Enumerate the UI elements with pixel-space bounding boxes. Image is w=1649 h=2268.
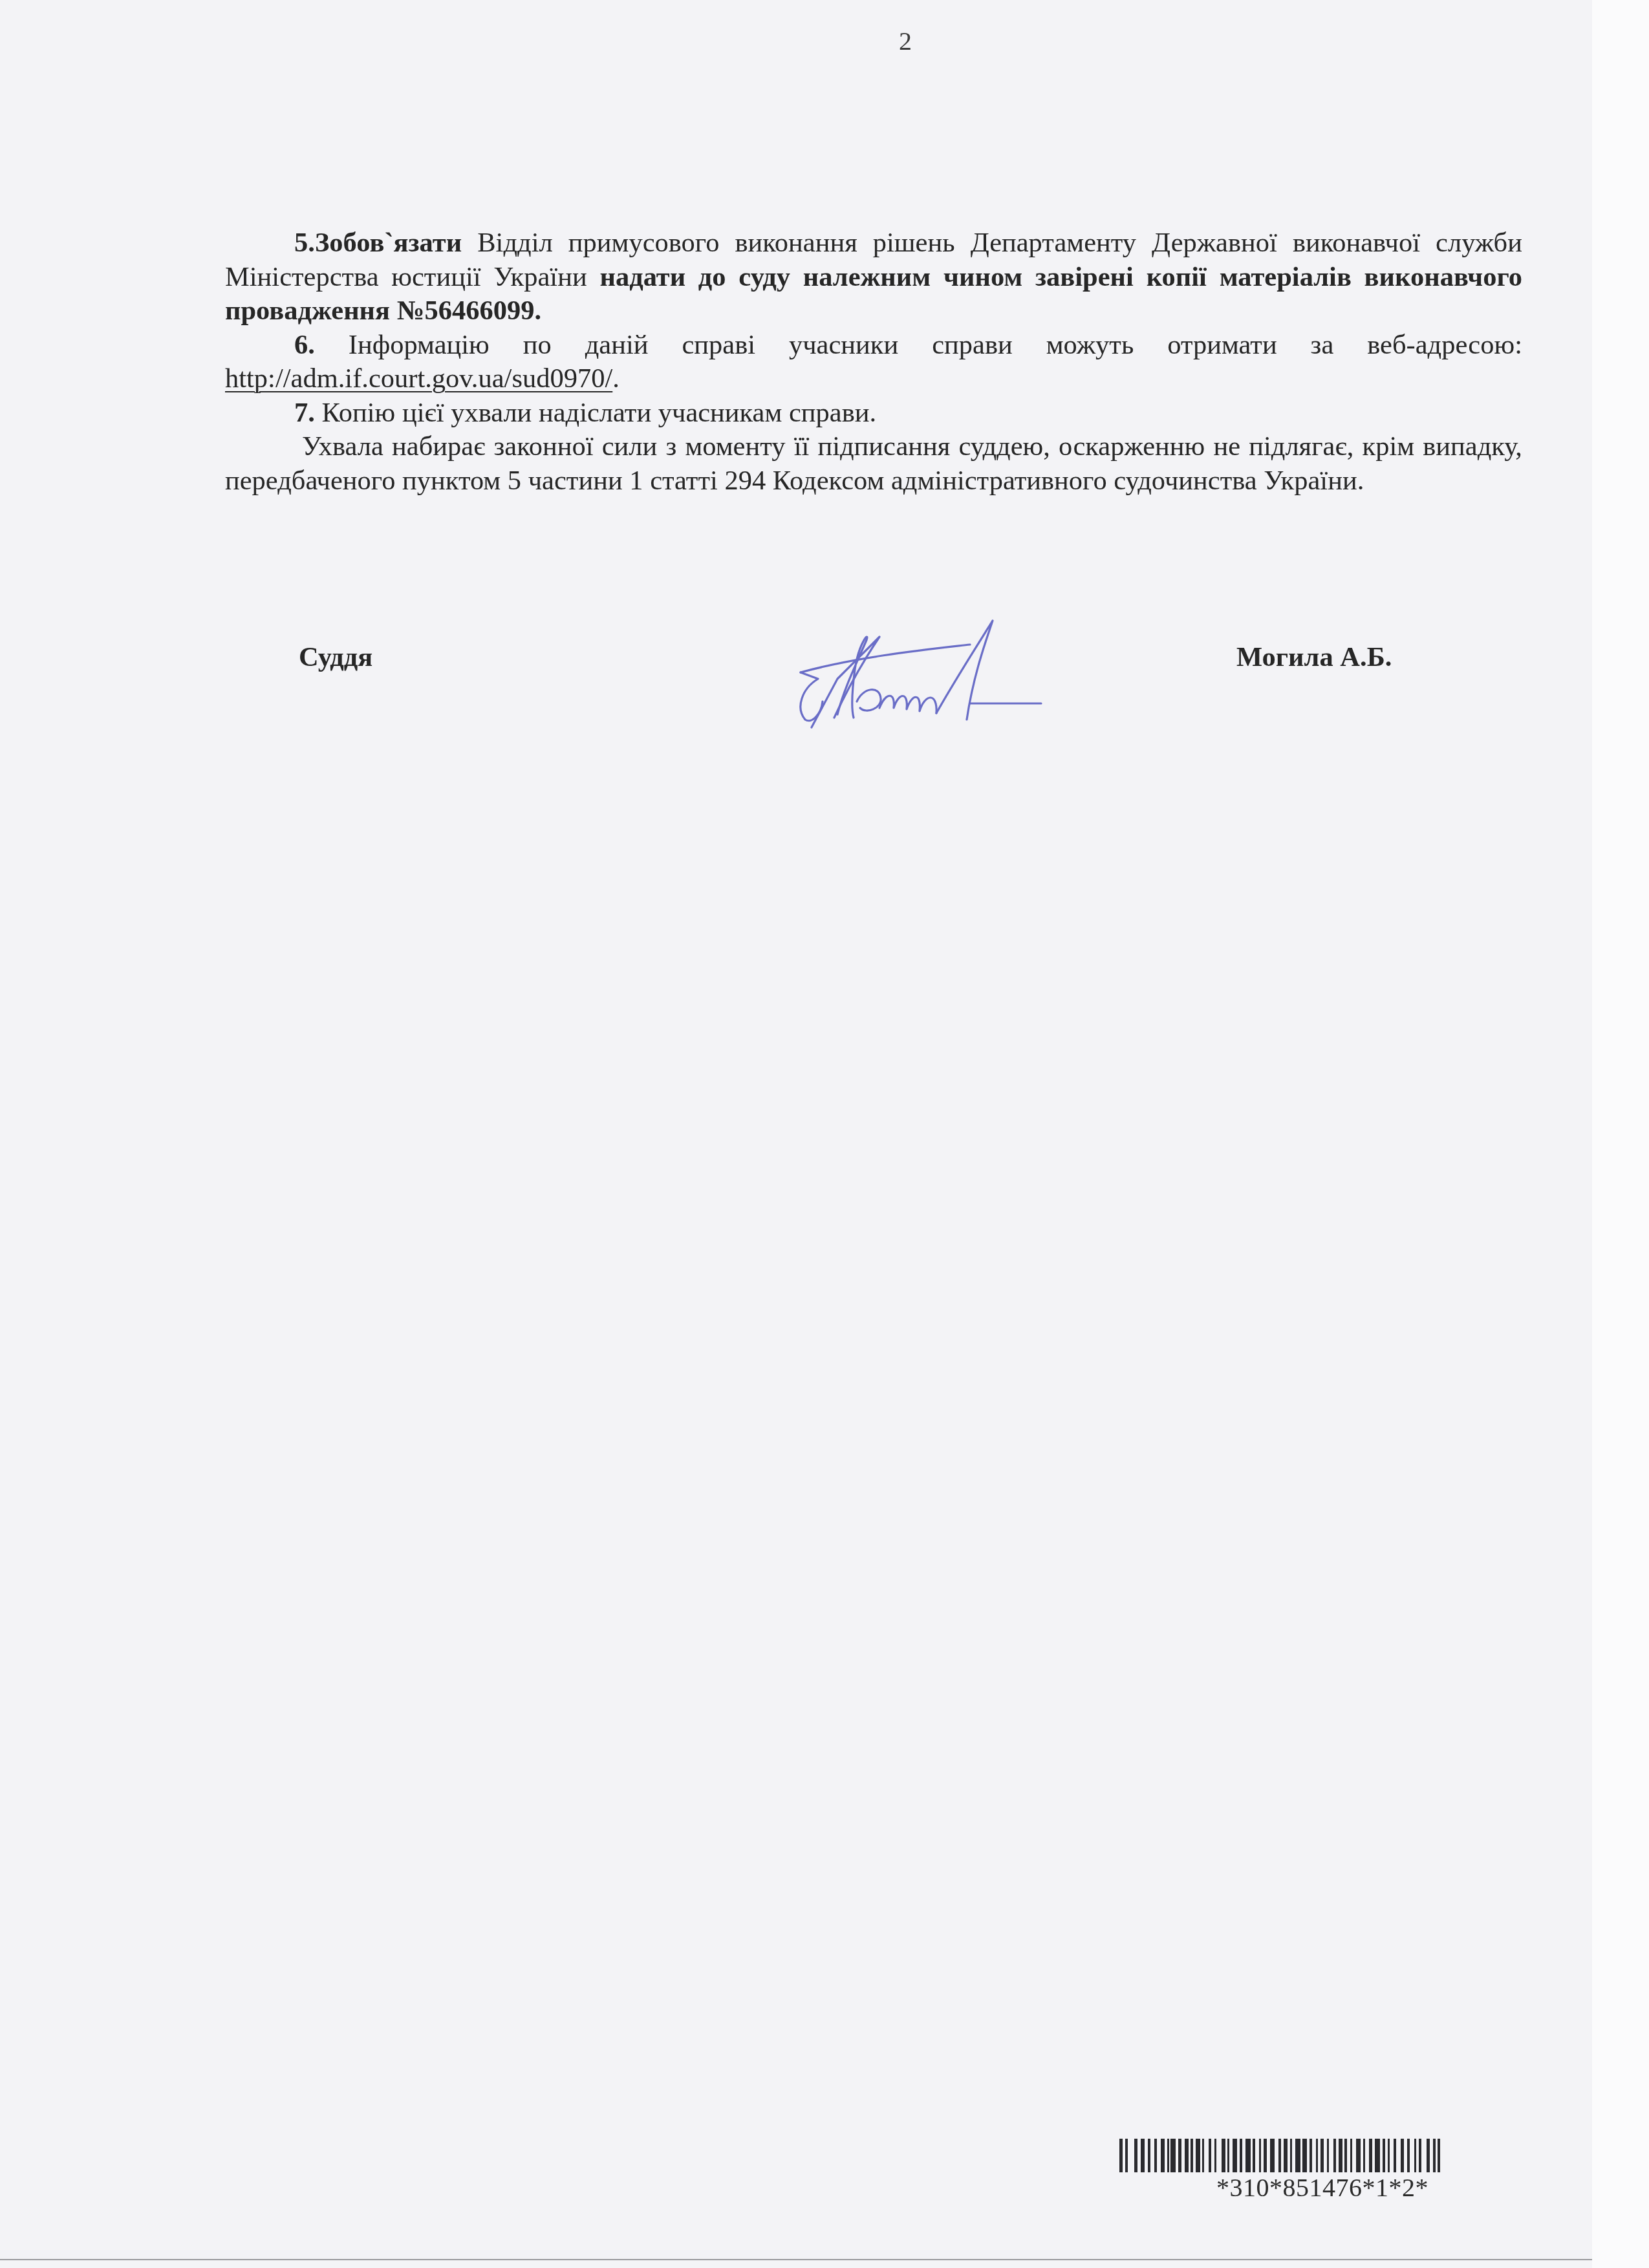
barcode-text: *310*851476*1*2* bbox=[1119, 2174, 1519, 2202]
paragraph-7-text: Копію цієї ухвали надіслати учасникам сп… bbox=[315, 398, 876, 428]
paragraph-6-tail: . bbox=[612, 363, 620, 394]
paragraph-6-label: 6. bbox=[294, 330, 315, 360]
paragraph-7-label: 7. bbox=[294, 398, 315, 428]
paragraph-6-text: Інформацію по даній справі учасники спра… bbox=[315, 330, 1522, 360]
court-url-link[interactable]: http://adm.if.court.gov.ua/sud0970/ bbox=[225, 363, 612, 394]
document-body: 5.Зобов`язати Відділ примусового виконан… bbox=[225, 226, 1522, 498]
document-barcode: *310*851476*1*2* bbox=[1119, 2139, 1519, 2202]
paragraph-final-text: Ухвала набирає законної сили з моменту ї… bbox=[225, 431, 1522, 496]
paragraph-6: 6. Інформацію по даній справі учасники с… bbox=[225, 328, 1522, 396]
paragraph-5: 5.Зобов`язати Відділ примусового виконан… bbox=[225, 226, 1522, 328]
paragraph-5-label: 5.Зобов`язати bbox=[294, 228, 462, 258]
paragraph-7: 7. Копію цієї ухвали надіслати учасникам… bbox=[225, 396, 1522, 431]
barcode-icon bbox=[1119, 2139, 1518, 2172]
scan-margin-strip bbox=[1592, 0, 1649, 2268]
page-number: 2 bbox=[879, 26, 931, 56]
paragraph-final: Ухвала набирає законної сили з моменту ї… bbox=[225, 430, 1522, 498]
